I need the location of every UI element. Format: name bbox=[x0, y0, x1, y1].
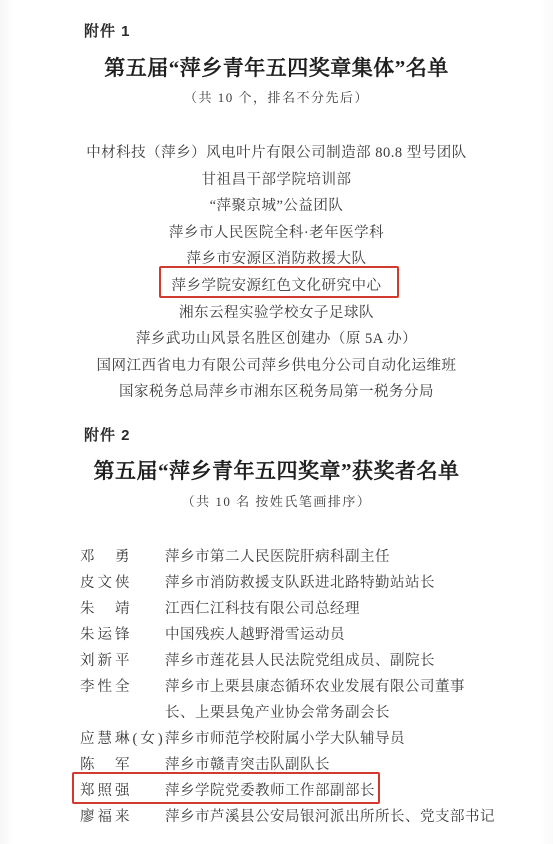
winner-name: 陈 军 bbox=[80, 752, 165, 778]
winner-name: 皮文侠 bbox=[80, 570, 165, 596]
attachment1-subtitle: （共 10 个，排名不分先后） bbox=[0, 87, 553, 106]
winner-name: 刘新平 bbox=[80, 648, 165, 674]
winner-role: 萍乡学院党委教师工作部副部长 bbox=[165, 778, 537, 804]
attachment1-label: 附件 1 bbox=[84, 20, 131, 41]
winner-row: 刘新平 萍乡市莲花县人民法院党组成员、副院长 bbox=[0, 648, 553, 674]
winner-role: 萍乡市上栗县康态循环农业发展有限公司董事 长、上栗县兔产业协会常务副会长 bbox=[165, 674, 537, 726]
list-item: “萍聚京城”公益团队 bbox=[0, 193, 553, 220]
list-item-highlighted: 萍乡学院安源红色文化研究中心 bbox=[0, 273, 553, 300]
winner-name: 邓 勇 bbox=[80, 544, 165, 570]
list-item: 萍乡市人民医院全科·老年医学科 bbox=[0, 220, 553, 247]
list-item: 萍乡市安源区消防救援大队 bbox=[0, 246, 553, 273]
winner-row: 陈 军 萍乡市赣青突击队副队长 bbox=[0, 752, 553, 778]
list-item: 湘东云程实验学校女子足球队 bbox=[0, 300, 553, 327]
document-page: 附件 1 第五届“萍乡青年五四奖章集体”名单 （共 10 个，排名不分先后） 中… bbox=[0, 0, 553, 844]
winner-row: 朱运锋 中国残疾人越野滑雪运动员 bbox=[0, 622, 553, 648]
winner-row: 皮文侠 萍乡市消防救援支队跃进北路特勤站站长 bbox=[0, 570, 553, 596]
attachment2-label: 附件 2 bbox=[84, 424, 131, 445]
attachment2-title: 第五届“萍乡青年五四奖章”获奖者名单 bbox=[0, 455, 553, 485]
winner-row: 廖福来 萍乡市芦溪县公安局银河派出所所长、党支部书记 bbox=[0, 804, 553, 830]
winner-role: 萍乡市芦溪县公安局银河派出所所长、党支部书记 bbox=[165, 804, 537, 830]
winner-role: 萍乡市莲花县人民法院党组成员、副院长 bbox=[165, 648, 537, 674]
winner-role: 萍乡市师范学校附属小学大队辅导员 bbox=[165, 726, 537, 752]
winner-row: 李性全 萍乡市上栗县康态循环农业发展有限公司董事 长、上栗县兔产业协会常务副会长 bbox=[0, 674, 553, 726]
winner-name: 朱 靖 bbox=[80, 596, 165, 622]
attachment1-title: 第五届“萍乡青年五四奖章集体”名单 bbox=[0, 52, 553, 82]
winner-row-highlighted: 郑照强 萍乡学院党委教师工作部副部长 bbox=[0, 778, 553, 804]
winner-row: 朱 靖 江西仁江科技有限公司总经理 bbox=[0, 596, 553, 622]
winner-name: 李性全 bbox=[80, 674, 165, 700]
collective-award-list: 中材科技（萍乡）风电叶片有限公司制造部 80.8 型号团队 甘祖昌干部学院培训部… bbox=[0, 140, 553, 406]
list-item: 甘祖昌干部学院培训部 bbox=[0, 167, 553, 194]
winner-name: 廖福来 bbox=[80, 804, 165, 830]
winner-role: 江西仁江科技有限公司总经理 bbox=[165, 596, 537, 622]
winner-role: 中国残疾人越野滑雪运动员 bbox=[165, 622, 537, 648]
winner-name: 郑照强 bbox=[80, 778, 165, 804]
winner-role: 萍乡市第二人民医院肝病科副主任 bbox=[165, 544, 537, 570]
winner-name: 朱运锋 bbox=[80, 622, 165, 648]
winner-role: 萍乡市赣青突击队副队长 bbox=[165, 752, 537, 778]
list-item: 萍乡武功山风景名胜区创建办（原 5A 办） bbox=[0, 326, 553, 353]
winner-row: 应慧琳(女) 萍乡市师范学校附属小学大队辅导员 bbox=[0, 726, 553, 752]
list-item: 国家税务总局萍乡市湘东区税务局第一税务分局 bbox=[0, 379, 553, 406]
winner-name: 应慧琳(女) bbox=[80, 726, 165, 752]
winner-row: 邓 勇 萍乡市第二人民医院肝病科副主任 bbox=[0, 544, 553, 570]
winner-role: 萍乡市消防救援支队跃进北路特勤站站长 bbox=[165, 570, 537, 596]
individual-award-list: 邓 勇 萍乡市第二人民医院肝病科副主任 皮文侠 萍乡市消防救援支队跃进北路特勤站… bbox=[0, 544, 553, 830]
list-item: 中材科技（萍乡）风电叶片有限公司制造部 80.8 型号团队 bbox=[0, 140, 553, 167]
attachment2-subtitle: （共 10 名 按姓氏笔画排序） bbox=[0, 491, 553, 510]
list-item: 国网江西省电力有限公司萍乡供电分公司自动化运维班 bbox=[0, 353, 553, 380]
